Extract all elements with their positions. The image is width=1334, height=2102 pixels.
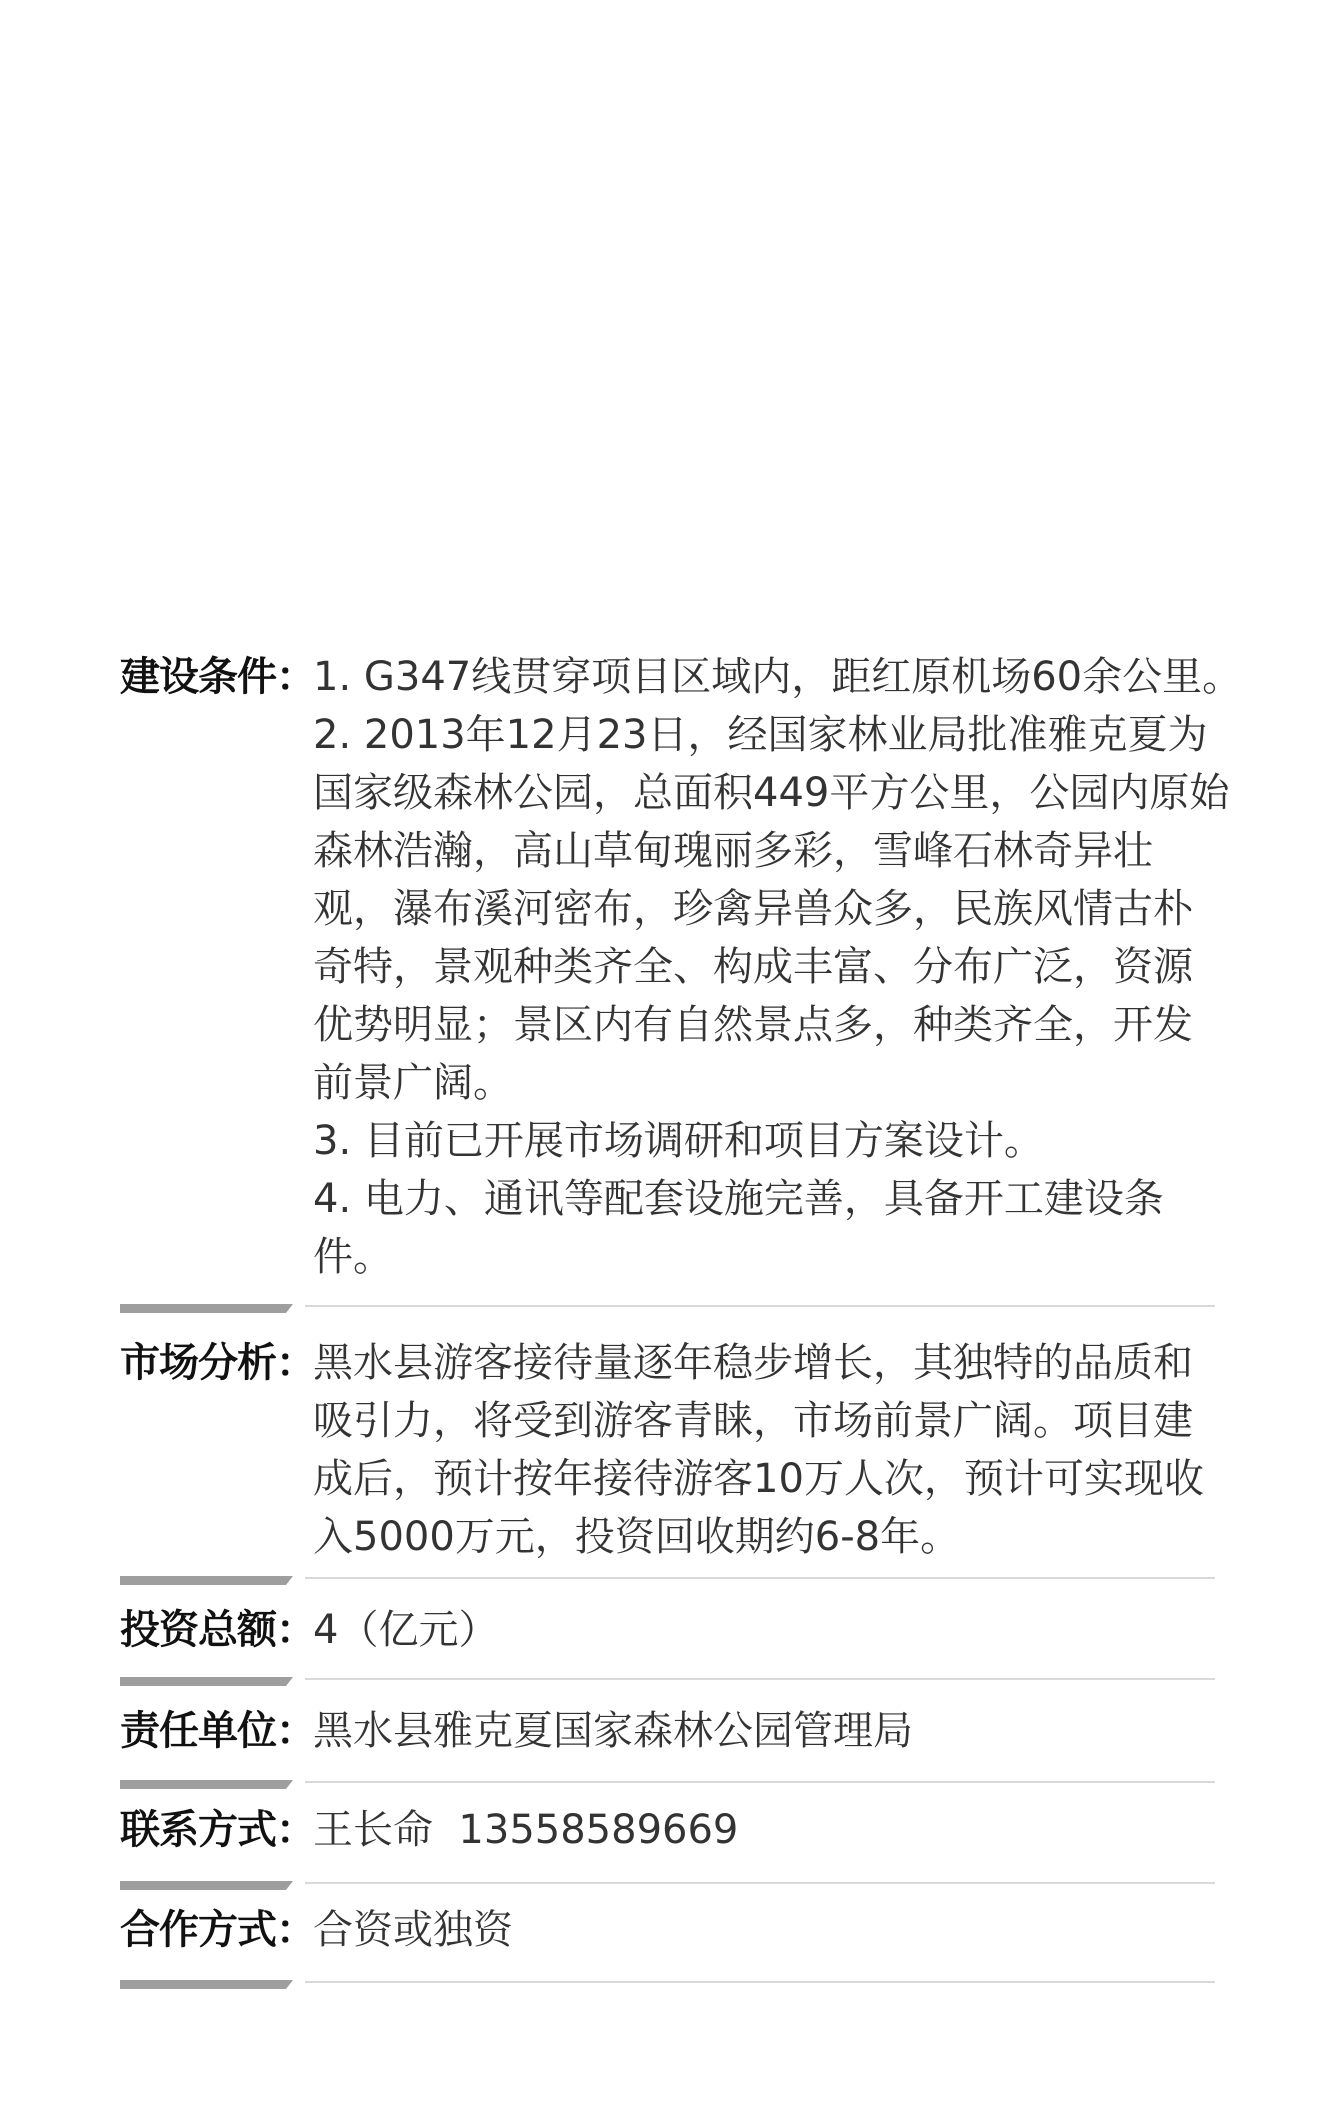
divider-bar xyxy=(120,1980,293,1989)
total-investment-value: 4（亿元） xyxy=(313,1601,1215,1659)
text-line: 2. 2013年12月23日，经国家林业局批准雅克夏为 xyxy=(313,706,1215,764)
construction-conditions-label: 建设条件： xyxy=(120,648,313,706)
divider-bar xyxy=(120,1881,293,1890)
divider-bar xyxy=(120,1780,293,1789)
text-line: 4. 电力、通讯等配套设施完善，具备开工建设条 xyxy=(313,1170,1215,1228)
page: { "colors": { "background": "#ffffff", "… xyxy=(0,0,1334,2102)
cooperation-mode-value: 合资或独资 xyxy=(313,1901,1215,1959)
text-line: 1. G347线贯穿项目区域内，距红原机场60余公里。 xyxy=(313,648,1215,706)
divider-rule xyxy=(305,1305,1215,1307)
text-line: 入5000万元，投资回收期约6-8年。 xyxy=(313,1508,1215,1566)
cooperation-mode-label: 合作方式： xyxy=(120,1901,313,1959)
text-line: 国家级森林公园，总面积449平方公里，公园内原始 xyxy=(313,764,1215,822)
section-responsible-unit: 责任单位： 黑水县雅克夏国家森林公园管理局 xyxy=(120,1702,1215,1760)
divider-rule xyxy=(305,1981,1215,1983)
text-line: 观，瀑布溪河密布，珍禽异兽众多，民族风情古朴 xyxy=(313,880,1215,938)
contact-info-value: 王长命 13558589669 xyxy=(313,1801,1215,1859)
divider-bar xyxy=(120,1677,293,1686)
section-divider xyxy=(120,1677,1215,1686)
divider-bar xyxy=(120,1304,293,1313)
section-cooperation-mode: 合作方式： 合资或独资 xyxy=(120,1901,1215,1959)
text-line: 优势明显；景区内有自然景点多，种类齐全，开发 xyxy=(313,996,1215,1054)
market-analysis-body: 黑水县游客接待量逐年稳步增长，其独特的品质和 吸引力，将受到游客青睐，市场前景广… xyxy=(313,1334,1215,1566)
text-line: 森林浩瀚，高山草甸瑰丽多彩，雪峰石林奇异壮 xyxy=(313,822,1215,880)
responsible-unit-value: 黑水县雅克夏国家森林公园管理局 xyxy=(313,1702,1215,1760)
divider-bar xyxy=(120,1576,293,1585)
section-construction-conditions: 建设条件： 1. G347线贯穿项目区域内，距红原机场60余公里。 2. 201… xyxy=(120,648,1215,1286)
text-line: 3. 目前已开展市场调研和项目方案设计。 xyxy=(313,1112,1215,1170)
section-divider xyxy=(120,1304,1215,1313)
section-divider xyxy=(120,1881,1215,1890)
section-divider xyxy=(120,1980,1215,1989)
project-info-sheet: 建设条件： 1. G347线贯穿项目区域内，距红原机场60余公里。 2. 201… xyxy=(120,0,1215,1989)
divider-rule xyxy=(305,1577,1215,1579)
text-line: 黑水县游客接待量逐年稳步增长，其独特的品质和 xyxy=(313,1334,1215,1392)
responsible-unit-label: 责任单位： xyxy=(120,1702,313,1760)
section-divider xyxy=(120,1780,1215,1789)
divider-rule xyxy=(305,1781,1215,1783)
contact-info-label: 联系方式： xyxy=(120,1801,313,1859)
section-contact-info: 联系方式： 王长命 13558589669 xyxy=(120,1801,1215,1859)
text-line: 成后，预计按年接待游客10万人次，预计可实现收 xyxy=(313,1450,1215,1508)
section-market-analysis: 市场分析： 黑水县游客接待量逐年稳步增长，其独特的品质和 吸引力，将受到游客青睐… xyxy=(120,1334,1215,1566)
text-line: 吸引力，将受到游客青睐，市场前景广阔。项目建 xyxy=(313,1392,1215,1450)
text-line: 前景广阔。 xyxy=(313,1054,1215,1112)
text-line: 奇特，景观种类齐全、构成丰富、分布广泛，资源 xyxy=(313,938,1215,996)
section-divider xyxy=(120,1576,1215,1585)
text-line: 件。 xyxy=(313,1228,1215,1286)
market-analysis-label: 市场分析： xyxy=(120,1334,313,1392)
divider-rule xyxy=(305,1678,1215,1680)
divider-rule xyxy=(305,1882,1215,1884)
section-total-investment: 投资总额： 4（亿元） xyxy=(120,1601,1215,1659)
total-investment-label: 投资总额： xyxy=(120,1601,313,1659)
construction-conditions-body: 1. G347线贯穿项目区域内，距红原机场60余公里。 2. 2013年12月2… xyxy=(313,648,1215,1286)
